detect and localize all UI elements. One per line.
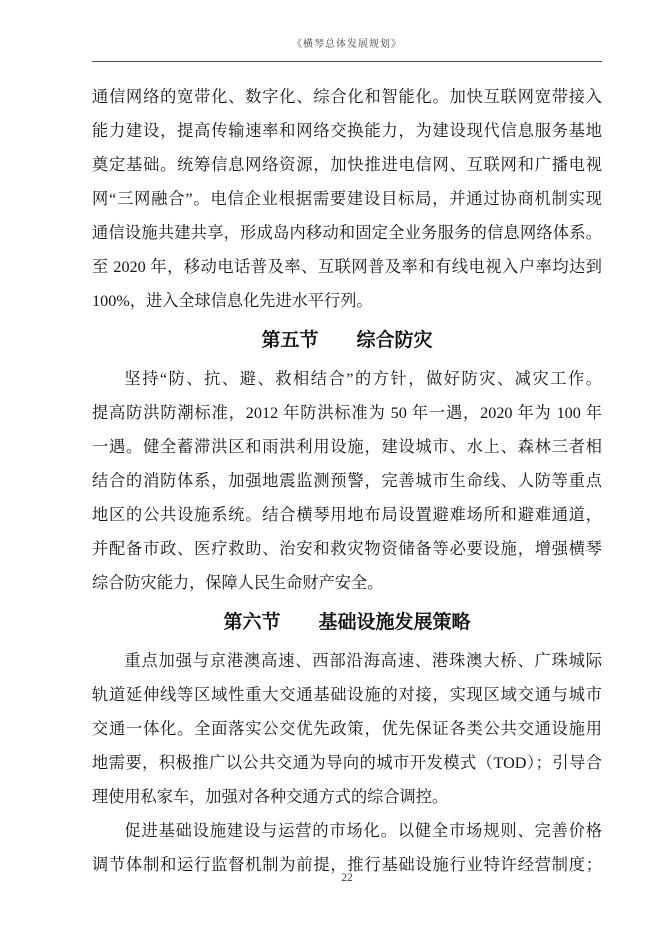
text-line: 并配备市政、医疗救助、治安和救灾物资储备等必要设施，增强横琴 bbox=[92, 532, 602, 566]
page-number: 22 bbox=[341, 872, 353, 884]
header-divider bbox=[92, 61, 602, 62]
paragraph: 通信网络的宽带化、数字化、综合化和智能化。加快互联网宽带接入能力建设，提高传输速… bbox=[92, 80, 602, 318]
header-title: 《横琴总体发展规划》 bbox=[92, 38, 602, 52]
page-footer: 22 bbox=[92, 872, 602, 884]
text-line: 通信设施共建共享，形成岛内移动和固定全业务服务的信息网络体系。 bbox=[92, 216, 602, 250]
page-header: 《横琴总体发展规划》 bbox=[92, 0, 602, 52]
text-line: 交通一体化。全面落实公交优先政策，优先保证各类公共交通设施用 bbox=[92, 712, 602, 746]
text-line: 地区的公共设施系统。结合横琴用地布局设置避难场所和避难通道， bbox=[92, 498, 602, 532]
text-line: 100%，进入全球信息化先进水平行列。 bbox=[92, 284, 602, 318]
section-heading: 第五节 综合防灾 bbox=[92, 323, 602, 359]
text-line: 坚持“防、抗、避、救相结合”的方针，做好防灾、减灾工作。 bbox=[92, 362, 602, 396]
text-line: 网“三网融合”。电信企业根据需要建设目标局，并通过协商机制实现 bbox=[92, 182, 602, 216]
text-line: 综合防灾能力，保障人民生命财产安全。 bbox=[92, 566, 602, 600]
paragraph: 坚持“防、抗、避、救相结合”的方针，做好防灾、减灾工作。提高防洪防潮标准，201… bbox=[92, 362, 602, 600]
document-page: 《横琴总体发展规划》 通信网络的宽带化、数字化、综合化和智能化。加快互联网宽带接… bbox=[0, 0, 661, 935]
text-line: 一遇。健全蓄滞洪区和雨洪利用设施，建设城市、水上、森林三者相 bbox=[92, 430, 602, 464]
text-line: 促进基础设施建设与运营的市场化。以健全市场规则、完善价格 bbox=[92, 814, 602, 848]
section-heading: 第六节 基础设施发展策略 bbox=[92, 605, 602, 641]
text-line: 至 2020 年，移动电话普及率、互联网普及率和有线电视入户率均达到 bbox=[92, 250, 602, 284]
text-line: 结合的消防体系，加强地震监测预警，完善城市生命线、人防等重点 bbox=[92, 464, 602, 498]
paragraph: 重点加强与京港澳高速、西部沿海高速、港珠澳大桥、广珠城际轨道延伸线等区域性重大交… bbox=[92, 644, 602, 814]
text-line: 轨道延伸线等区域性重大交通基础设施的对接，实现区域交通与城市 bbox=[92, 678, 602, 712]
document-body: 通信网络的宽带化、数字化、综合化和智能化。加快互联网宽带接入能力建设，提高传输速… bbox=[92, 80, 602, 882]
text-line: 地需要，积极推广以公共交通为导向的城市开发模式（TOD）；引导合 bbox=[92, 746, 602, 780]
text-line: 理使用私家车，加强对各种交通方式的综合调控。 bbox=[92, 780, 602, 814]
text-line: 能力建设，提高传输速率和网络交换能力，为建设现代信息服务基地 bbox=[92, 114, 602, 148]
text-line: 提高防洪防潮标准，2012 年防洪标准为 50 年一遇，2020 年为 100 … bbox=[92, 396, 602, 430]
text-line: 通信网络的宽带化、数字化、综合化和智能化。加快互联网宽带接入 bbox=[92, 80, 602, 114]
text-line: 重点加强与京港澳高速、西部沿海高速、港珠澳大桥、广珠城际 bbox=[92, 644, 602, 678]
text-line: 奠定基础。统筹信息网络资源，加快推进电信网、互联网和广播电视 bbox=[92, 148, 602, 182]
